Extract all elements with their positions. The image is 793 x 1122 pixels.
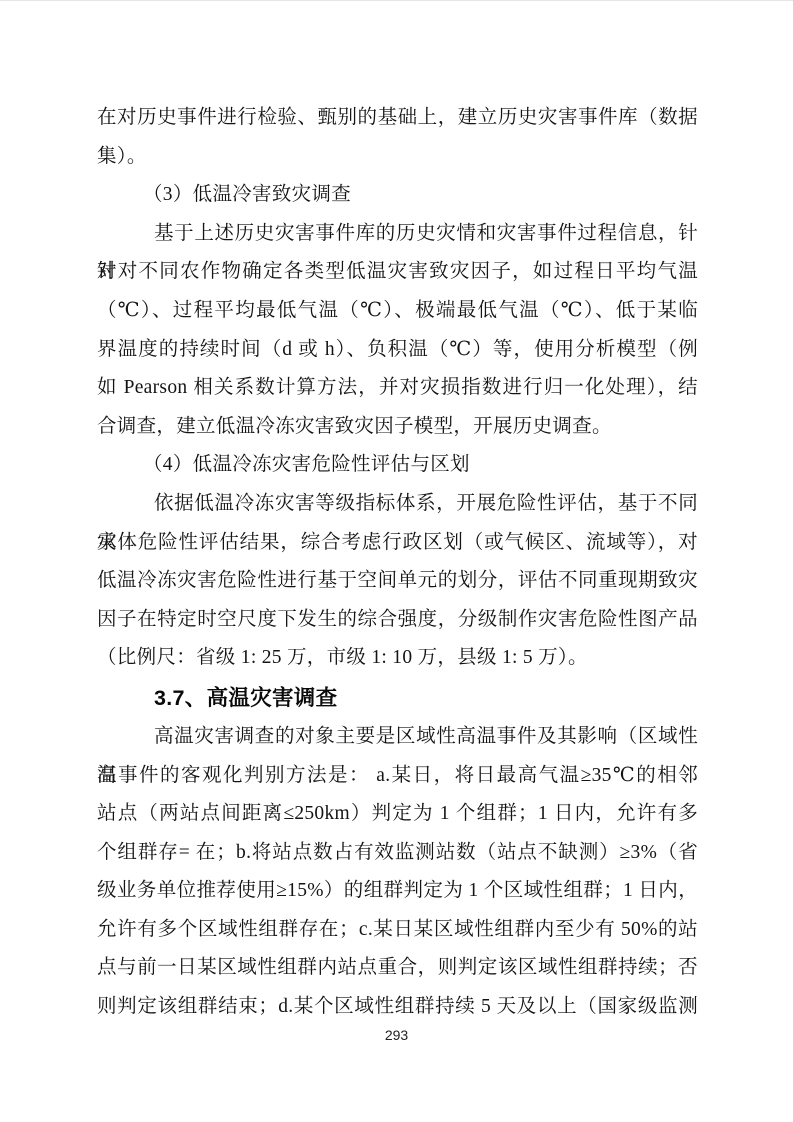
page-number: 293 <box>0 1027 793 1043</box>
text-line: （比例尺：省级 1: 25 万，市级 1: 10 万，县级 1: 5 万）。 <box>97 639 698 678</box>
text-line: 高温灾害调查的对象主要是区域性高温事件及其影响（区域性高 <box>97 718 698 757</box>
text-line: 低温冷冻灾害危险性进行基于空间单元的划分，评估不同重现期致灾 <box>97 562 698 601</box>
section-heading-3-7: 3.7、高温灾害调查 <box>97 678 698 718</box>
text-line: 因子在特定时空尺度下发生的综合强度，分级制作灾害危险性图产品 <box>97 601 698 640</box>
document-page: 在对历史事件进行检验、甄别的基础上，建立历史灾害事件库（数据 集）。 （3）低温… <box>0 0 793 1122</box>
text-line: 则判定该组群结束；d.某个区域性组群持续 5 天及以上（国家级监测 <box>97 988 698 1027</box>
subsection-heading-4: （4）低温冷冻灾害危险性评估与区划 <box>97 446 698 485</box>
text-line: 针对不同农作物确定各类型低温灾害致灾因子，如过程日平均气温 <box>97 253 698 292</box>
text-line: 级业务单位推荐使用≥15%）的组群判定为 1 个区域性组群；1 日内， <box>97 872 698 911</box>
text-line: 允许有多个区域性组群存在；c.某日某区域性组群内至少有 50%的站 <box>97 911 698 950</box>
text-line: 界温度的持续时间（d 或 h）、负积温（℃）等，使用分析模型（例 <box>97 331 698 370</box>
text-line: 基于上述历史灾害事件库的历史灾情和灾害事件过程信息，针对 <box>97 215 698 254</box>
text-line: （℃）、过程平均最低气温（℃）、极端最低气温（℃）、低于某临 <box>97 292 698 331</box>
document-body: 在对历史事件进行检验、甄别的基础上，建立历史灾害事件库（数据 集）。 （3）低温… <box>97 99 698 1027</box>
text-line: 依据低温冷冻灾害等级指标体系，开展危险性评估，基于不同承 <box>97 485 698 524</box>
text-line: 站点（两站点间距离≤250km）判定为 1 个组群；1 日内，允许有多 <box>97 795 698 834</box>
subsection-heading-3: （3）低温冷害致灾调查 <box>97 176 698 215</box>
text-line: 在对历史事件进行检验、甄别的基础上，建立历史灾害事件库（数据 <box>97 99 698 138</box>
text-line: 如 Pearson 相关系数计算方法，并对灾损指数进行归一化处理），结 <box>97 369 698 408</box>
text-line: 灾体危险性评估结果，综合考虑行政区划（或气候区、流域等），对 <box>97 524 698 563</box>
text-line: 温事件的客观化判别方法是： a.某日，将日最高气温≥35℃的相邻 <box>97 757 698 796</box>
text-line: 集）。 <box>97 138 698 177</box>
text-line: 点与前一日某区域性组群内站点重合，则判定该区域性组群持续；否 <box>97 949 698 988</box>
text-line: 个组群存= 在；b.将站点数占有效监测站数（站点不缺测）≥3%（省 <box>97 834 698 873</box>
text-line: 合调查，建立低温冷冻灾害致灾因子模型，开展历史调查。 <box>97 408 698 447</box>
